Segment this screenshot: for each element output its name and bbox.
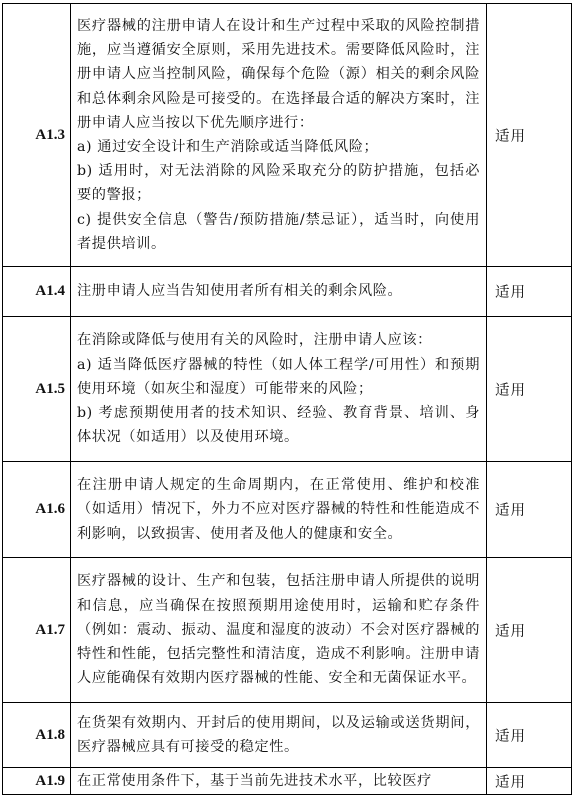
table-row-a1-7: A1.7 医疗器械的设计、生产和包装，包括注册申请人所提供的说明和信息，应当确保… [3,558,572,703]
applicability-cell: 适用 [487,462,572,558]
clause-paragraph: 医疗器械的设计、生产和包装，包括注册申请人所提供的说明和信息，应当确保在按照预期… [77,569,480,690]
clause-text: 医疗器械的注册申请人在设计和生产过程中采取的风险控制措施，应当遵循安全原则，采用… [71,4,487,267]
clause-number: A1.3 [3,4,71,267]
clause-text: 在消除或降低与使用有关的风险时，注册申请人应该： a) 适当降低医疗器械的特性（… [71,317,487,462]
clause-number: A1.8 [3,703,71,768]
clause-number: A1.6 [3,462,71,558]
clause-text: 注册申请人应当告知使用者所有相关的剩余风险。 [71,267,487,317]
clause-item-b: b) 适用时，对无法消除的风险采取充分的防护措施，包括必要的警报； [77,159,480,207]
applicability-cell: 适用 [487,267,572,317]
table-row-a1-4: A1.4 注册申请人应当告知使用者所有相关的剩余风险。 适用 [3,267,572,317]
applicability-cell: 适用 [487,317,572,462]
table-row-a1-9: A1.9 在正常使用条件下，基于当前先进技术水平，比较医疗 适用 [3,768,572,795]
clause-paragraph: 在消除或降低与使用有关的风险时，注册申请人应该： [77,328,480,352]
clause-number: A1.5 [3,317,71,462]
clause-paragraph: 在注册申请人规定的生命周期内，在正常使用、维护和校准（如适用）情况下，外力不应对… [77,473,480,546]
clause-number: A1.7 [3,558,71,703]
clause-paragraph: 在正常使用条件下，基于当前先进技术水平，比较医疗 [77,769,480,793]
applicability-cell: 适用 [487,768,572,795]
clause-text: 在货架有效期内、开封后的使用期间，以及运输或送货期间，医疗器械应具有可接受的稳定… [71,703,487,768]
clause-text: 医疗器械的设计、生产和包装，包括注册申请人所提供的说明和信息，应当确保在按照预期… [71,558,487,703]
clause-item-a: a) 通过安全设计和生产消除或适当降低风险； [77,135,480,159]
clause-text: 在注册申请人规定的生命周期内，在正常使用、维护和校准（如适用）情况下，外力不应对… [71,462,487,558]
clause-paragraph: 医疗器械的注册申请人在设计和生产过程中采取的风险控制措施，应当遵循安全原则，采用… [77,14,480,135]
table-row-a1-3: A1.3 医疗器械的注册申请人在设计和生产过程中采取的风险控制措施，应当遵循安全… [3,4,572,267]
table-row-a1-5: A1.5 在消除或降低与使用有关的风险时，注册申请人应该： a) 适当降低医疗器… [3,317,572,462]
clause-paragraph: 注册申请人应当告知使用者所有相关的剩余风险。 [77,279,480,303]
applicability-cell: 适用 [487,703,572,768]
table-row-a1-8: A1.8 在货架有效期内、开封后的使用期间，以及运输或送货期间，医疗器械应具有可… [3,703,572,768]
clause-text: 在正常使用条件下，基于当前先进技术水平，比较医疗 [71,768,487,795]
clause-number: A1.9 [3,768,71,795]
clause-paragraph: 在货架有效期内、开封后的使用期间，以及运输或送货期间，医疗器械应具有可接受的稳定… [77,711,480,759]
clause-item-c: c) 提供安全信息（警告/预防措施/禁忌证），适当时，向使用者提供培训。 [77,208,480,256]
requirements-table: A1.3 医疗器械的注册申请人在设计和生产过程中采取的风险控制措施，应当遵循安全… [2,3,572,795]
clause-number: A1.4 [3,267,71,317]
table-row-a1-6: A1.6 在注册申请人规定的生命周期内，在正常使用、维护和校准（如适用）情况下，… [3,462,572,558]
clause-item-a: a) 适当降低医疗器械的特性（如人体工程学/可用性）和预期使用环境（如灰尘和湿度… [77,353,480,401]
applicability-cell: 适用 [487,558,572,703]
clause-item-b: b) 考虑预期使用者的技术知识、经验、教育背景、培训、身体状况（如适用）以及使用… [77,401,480,449]
applicability-cell: 适用 [487,4,572,267]
